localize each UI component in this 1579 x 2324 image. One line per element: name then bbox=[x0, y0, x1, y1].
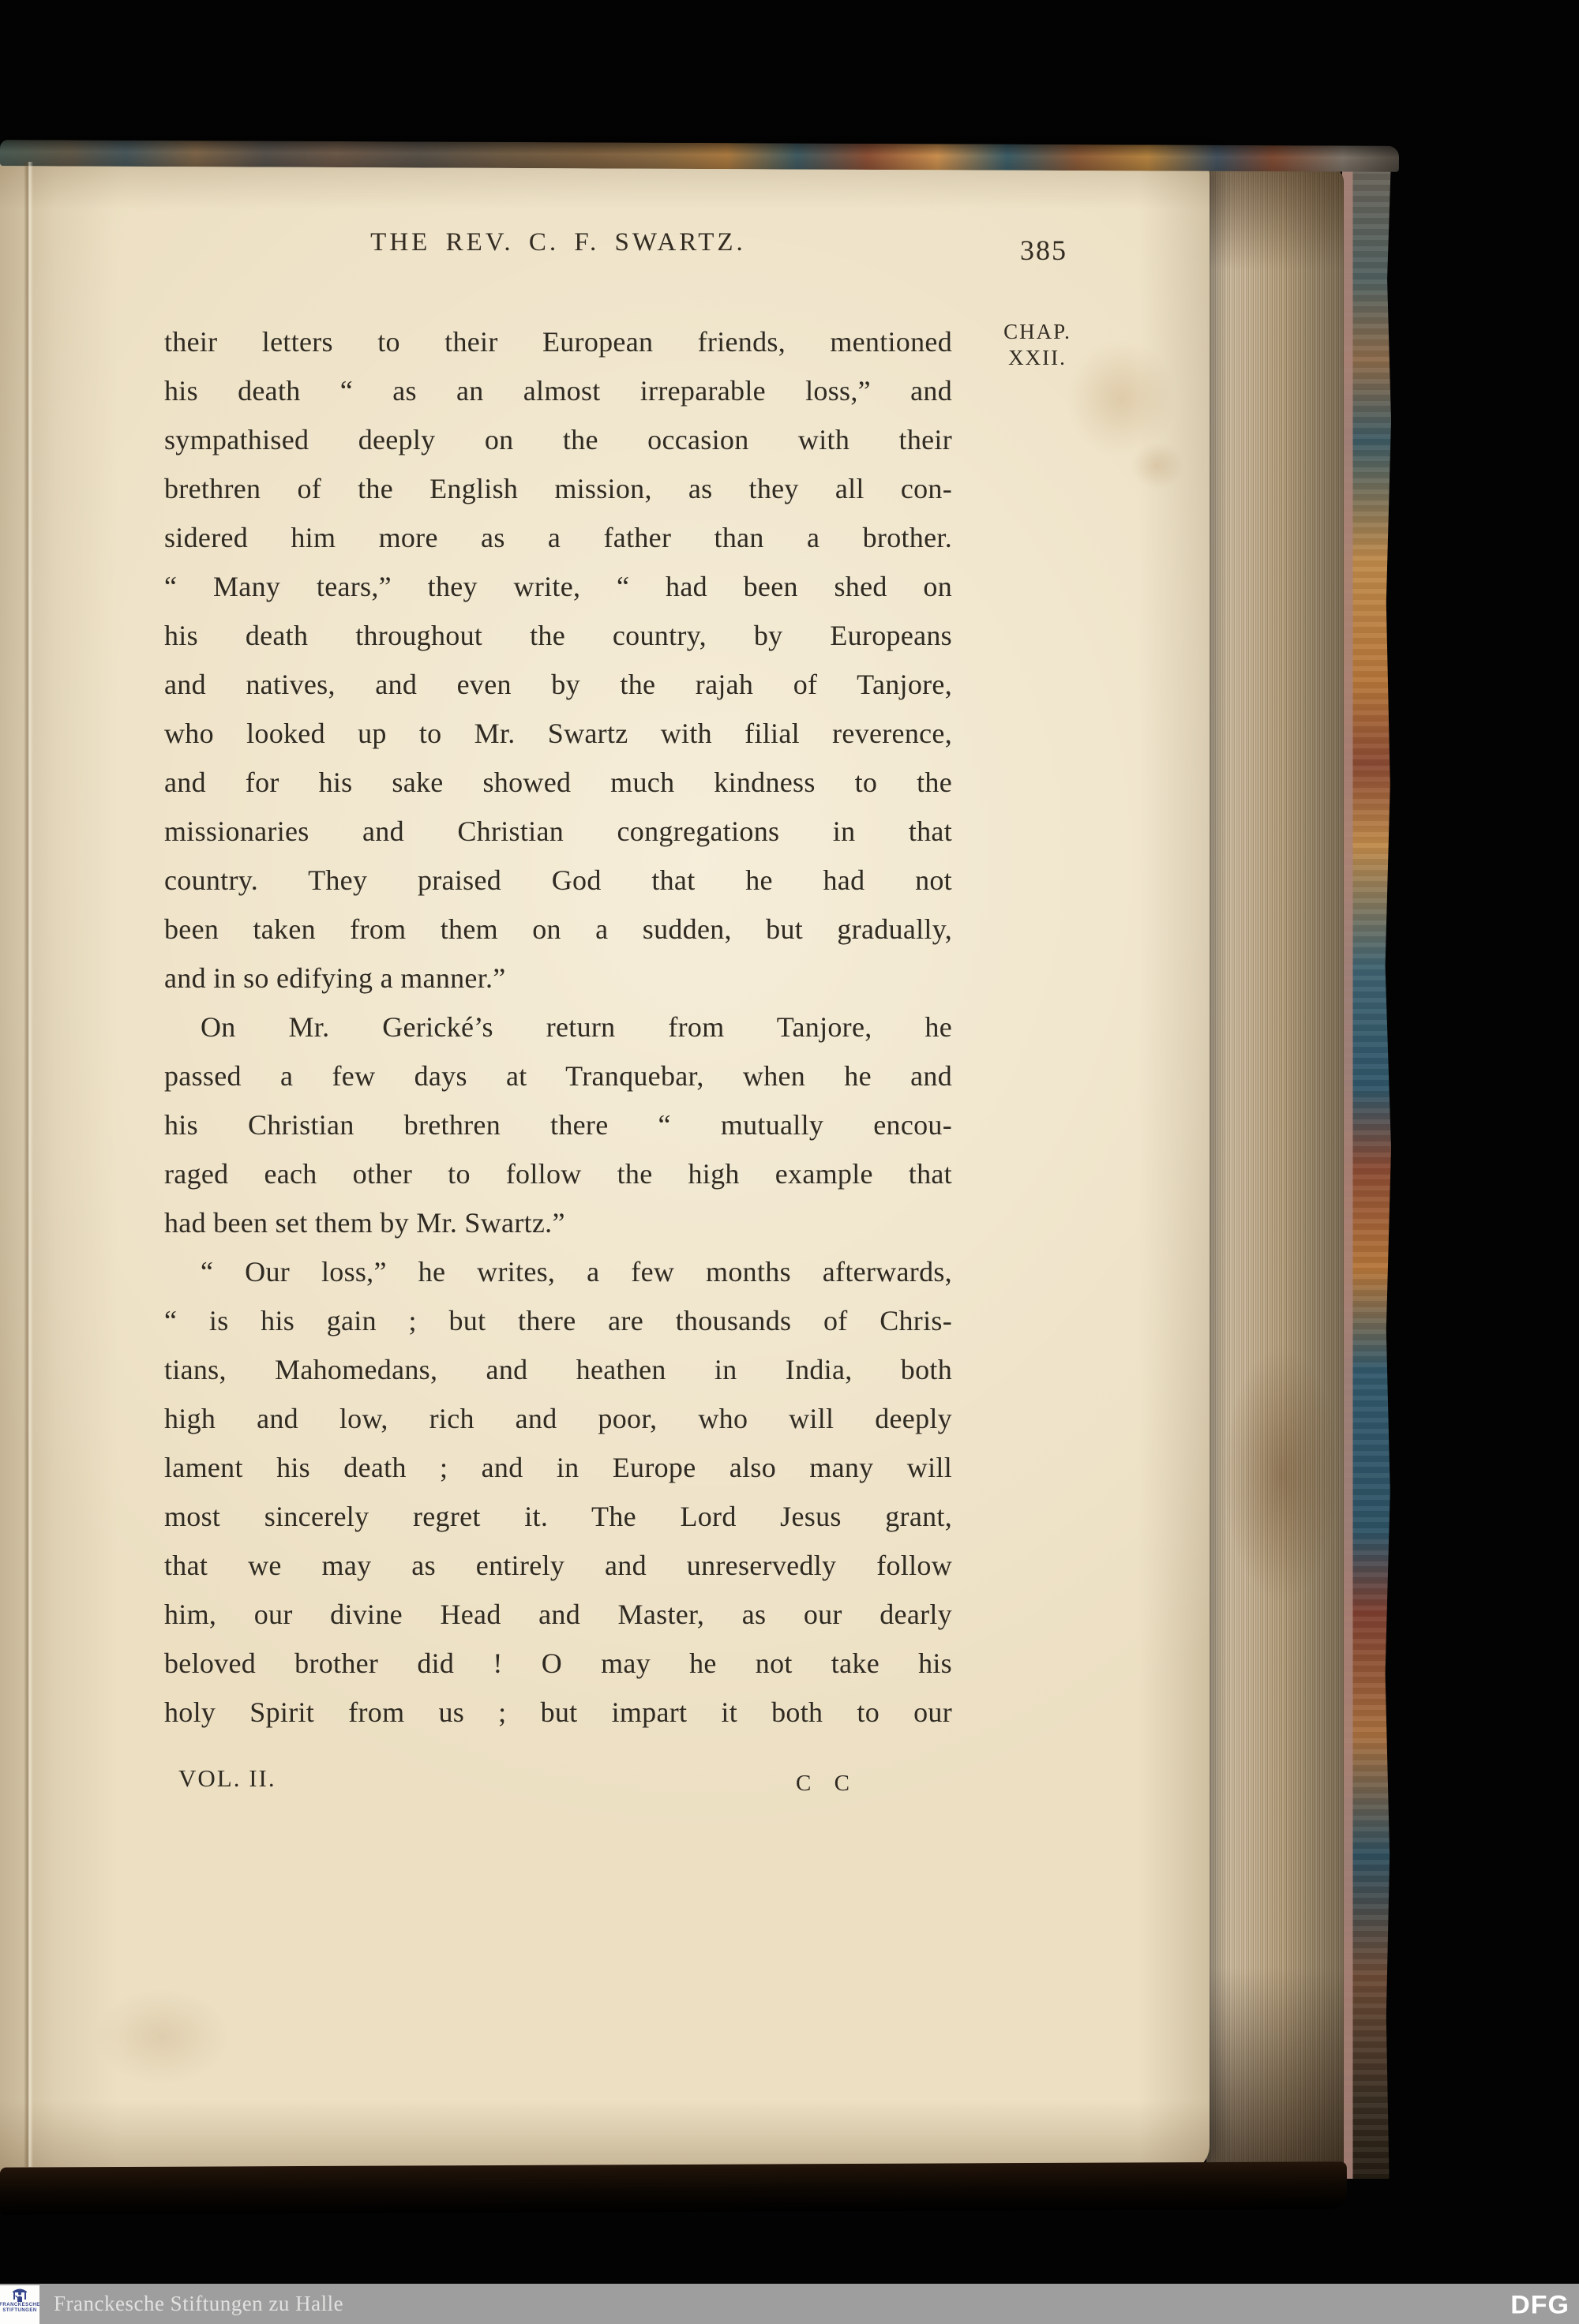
signature-line: VOL. II.C C bbox=[164, 1754, 952, 1790]
text-line: tians, Mahomedans, and heathen in India,… bbox=[164, 1345, 952, 1394]
chapter-label: CHAP. bbox=[982, 319, 1093, 345]
chapter-margin-note: CHAP. XXII. bbox=[982, 319, 1093, 371]
text-line: sympathised deeply on the occasion with … bbox=[164, 415, 952, 464]
text-line: been taken from them on a sudden, but gr… bbox=[164, 905, 952, 954]
book-cover-bottom-edge bbox=[0, 2161, 1347, 2214]
text-line: “ Many tears,” they write, “ had been sh… bbox=[164, 562, 952, 611]
text-line: most sincerely regret it. The Lord Jesus… bbox=[164, 1492, 952, 1541]
text-line: who looked up to Mr. Swartz with filial … bbox=[164, 709, 952, 758]
chapter-numeral: XXII. bbox=[982, 345, 1093, 371]
text-line: lament his death ; and in Europe also ma… bbox=[164, 1443, 952, 1492]
volume-label: VOL. II. bbox=[178, 1754, 276, 1803]
text-line: country. They praised God that he had no… bbox=[164, 856, 952, 905]
body-text: their letters to their European friends,… bbox=[164, 317, 952, 1790]
text-line: him, our divine Head and Master, as our … bbox=[164, 1590, 952, 1639]
text-line: his Christian brethren there “ mutually … bbox=[164, 1100, 952, 1149]
text-line: had been set them by Mr. Swartz.” bbox=[164, 1198, 952, 1247]
scanned-book-photo: THE REV. C. F. SWARTZ. 385 CHAP. XXII. t… bbox=[0, 0, 1579, 2324]
text-line: and natives, and even by the rajah of Ta… bbox=[164, 660, 952, 709]
text-line: and for his sake showed much kindness to… bbox=[164, 758, 952, 807]
text-line: passed a few days at Tranquebar, when he… bbox=[164, 1051, 952, 1100]
text-line: raged each other to follow the high exam… bbox=[164, 1149, 952, 1198]
text-line: high and low, rich and poor, who will de… bbox=[164, 1394, 952, 1443]
text-line: brethren of the English mission, as they… bbox=[164, 464, 952, 513]
digitisation-footer-bar: Franckesche Stiftungen zu Halle DFG bbox=[0, 2284, 1579, 2324]
page-number: 385 bbox=[1020, 234, 1067, 267]
logo-caption-line2: STIFTUNGEN bbox=[0, 2308, 40, 2314]
text-line: “ Our loss,” he writes, a few months aft… bbox=[164, 1247, 952, 1296]
text-line: “ is his gain ; but there are thousands … bbox=[164, 1296, 952, 1345]
text-line: their letters to their European friends,… bbox=[164, 317, 952, 366]
library-watermark: Franckesche Stiftungen zu Halle bbox=[54, 2292, 343, 2316]
text-line: holy Spirit from us ; but impart it both… bbox=[164, 1688, 952, 1737]
text-line: sidered him more as a father than a brot… bbox=[164, 513, 952, 562]
text-line: and in so edifying a manner.” bbox=[164, 954, 952, 1003]
francke-foundations-statue-icon bbox=[11, 2287, 28, 2303]
text-line: missionaries and Christian congregations… bbox=[164, 807, 952, 856]
signature-mark: C C bbox=[796, 1759, 858, 1808]
text-line: that we may as entirely and unreservedly… bbox=[164, 1541, 952, 1590]
page-stain bbox=[1129, 442, 1184, 489]
text-line: beloved brother did ! O may he not take … bbox=[164, 1639, 952, 1688]
logo-caption-line1: FRANCKESCHE bbox=[0, 2303, 40, 2308]
page-block-fore-edge bbox=[1206, 167, 1344, 2179]
marbled-cover-edge bbox=[1342, 158, 1391, 2179]
running-head: THE REV. C. F. SWARTZ. bbox=[164, 228, 952, 257]
text-line: his death “ as an almost irreparable los… bbox=[164, 366, 952, 415]
page-gutter-crease bbox=[24, 162, 33, 2167]
library-logo: FRANCKESCHE STIFTUNGEN bbox=[0, 2285, 39, 2324]
dfg-logo: DFG bbox=[1510, 2291, 1570, 2320]
text-line: his death throughout the country, by Eur… bbox=[164, 611, 952, 660]
text-line: On Mr. Gerické’s return from Tanjore, he bbox=[164, 1003, 952, 1051]
page-stain bbox=[95, 1989, 229, 2084]
